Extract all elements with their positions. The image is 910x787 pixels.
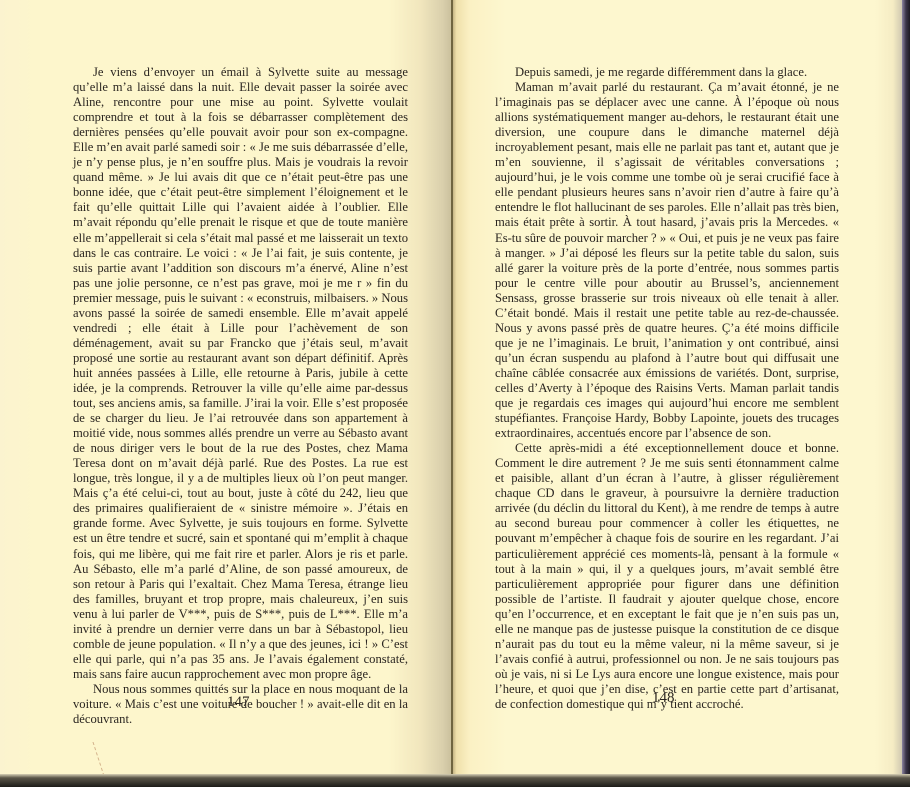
paragraph: Cette après-midi a été exceptionnellemen… <box>495 441 839 712</box>
page-number: 147 <box>227 694 250 711</box>
paper-crease <box>92 742 114 776</box>
right-page-body: Depuis samedi, je me regarde différemmen… <box>495 65 839 712</box>
book-spread: Je viens d’envoyer un émail à Sylvette s… <box>0 0 910 776</box>
right-page: Depuis samedi, je me regarde différemmen… <box>452 0 902 776</box>
paragraph: Je viens d’envoyer un émail à Sylvette s… <box>73 65 408 682</box>
page-number: 148 <box>652 690 675 707</box>
left-page-body: Je viens d’envoyer un émail à Sylvette s… <box>73 65 408 727</box>
book-gutter <box>451 0 453 776</box>
scanner-bottom-edge <box>0 774 910 787</box>
paragraph: Maman m’avait parlé du restaurant. Ça m’… <box>495 80 839 441</box>
left-page: Je viens d’envoyer un émail à Sylvette s… <box>0 0 452 776</box>
paragraph: Depuis samedi, je me regarde différemmen… <box>495 65 839 80</box>
page-edge-shadow <box>902 0 910 787</box>
